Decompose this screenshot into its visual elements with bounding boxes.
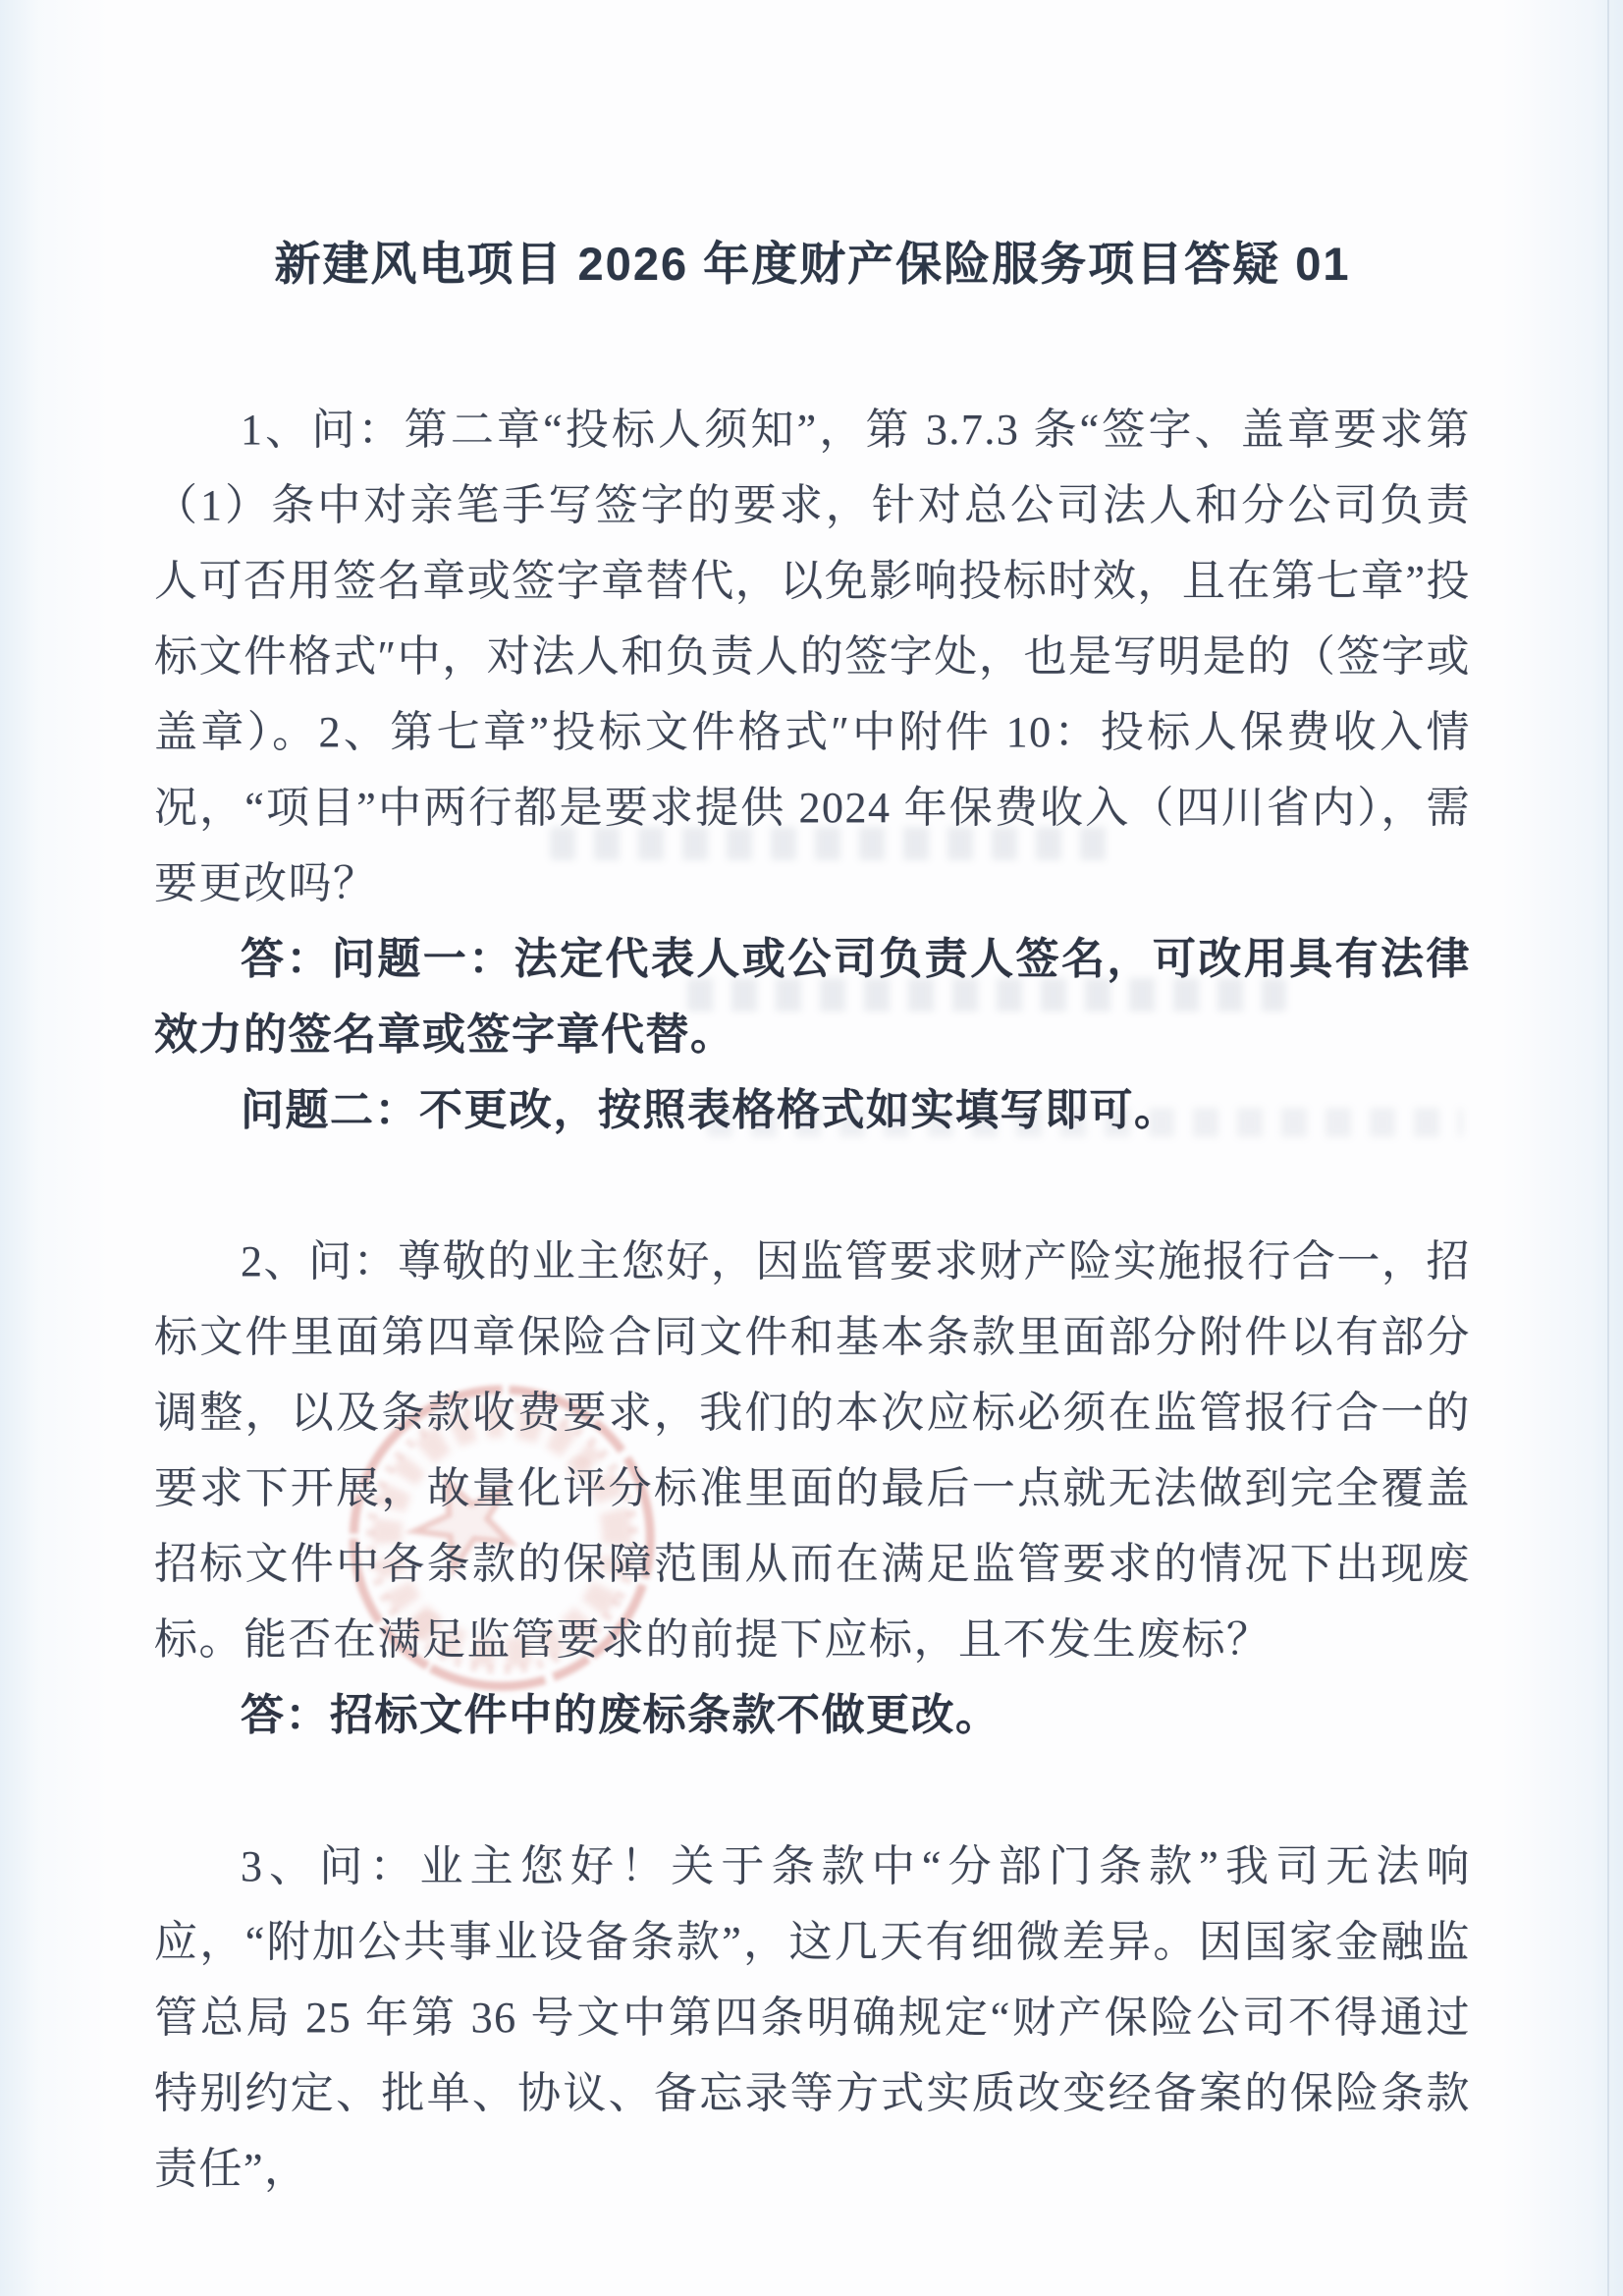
answer-paragraph-2: 答：招标文件中的废标条款不做更改。 <box>154 1677 1471 1753</box>
question-paragraph-3: 3、问：业主您好！关于条款中“分部门条款”我司无法响应，“附加公共事业设备条款”… <box>154 1829 1471 2207</box>
section-spacer <box>154 1753 1471 1829</box>
answer-paragraph-1a: 答：问题一：法定代表人或公司负责人签名，可改用具有法律效力的签名章或签字章代替。 <box>154 921 1471 1072</box>
answer-paragraph-1b: 问题二：不更改，按照表格格式如实填写即可。 <box>154 1072 1471 1148</box>
scanned-document-page: 新建风电项目 2026 年度财产保险服务项目答疑 01 1、问：第二章“投标人须… <box>0 0 1623 2296</box>
section-spacer <box>154 1148 1471 1224</box>
scan-edge-artifact <box>1607 0 1609 2296</box>
question-paragraph-1: 1、问：第二章“投标人须知”，第 3.7.3 条“签字、盖章要求第（1）条中对亲… <box>154 392 1471 921</box>
question-paragraph-2: 2、问：尊敬的业主您好，因监管要求财产险实施报行合一，招标文件里面第四章保险合同… <box>154 1224 1471 1677</box>
document-body: 新建风电项目 2026 年度财产保险服务项目答疑 01 1、问：第二章“投标人须… <box>154 229 1471 2207</box>
document-title: 新建风电项目 2026 年度财产保险服务项目答疑 01 <box>154 229 1471 300</box>
